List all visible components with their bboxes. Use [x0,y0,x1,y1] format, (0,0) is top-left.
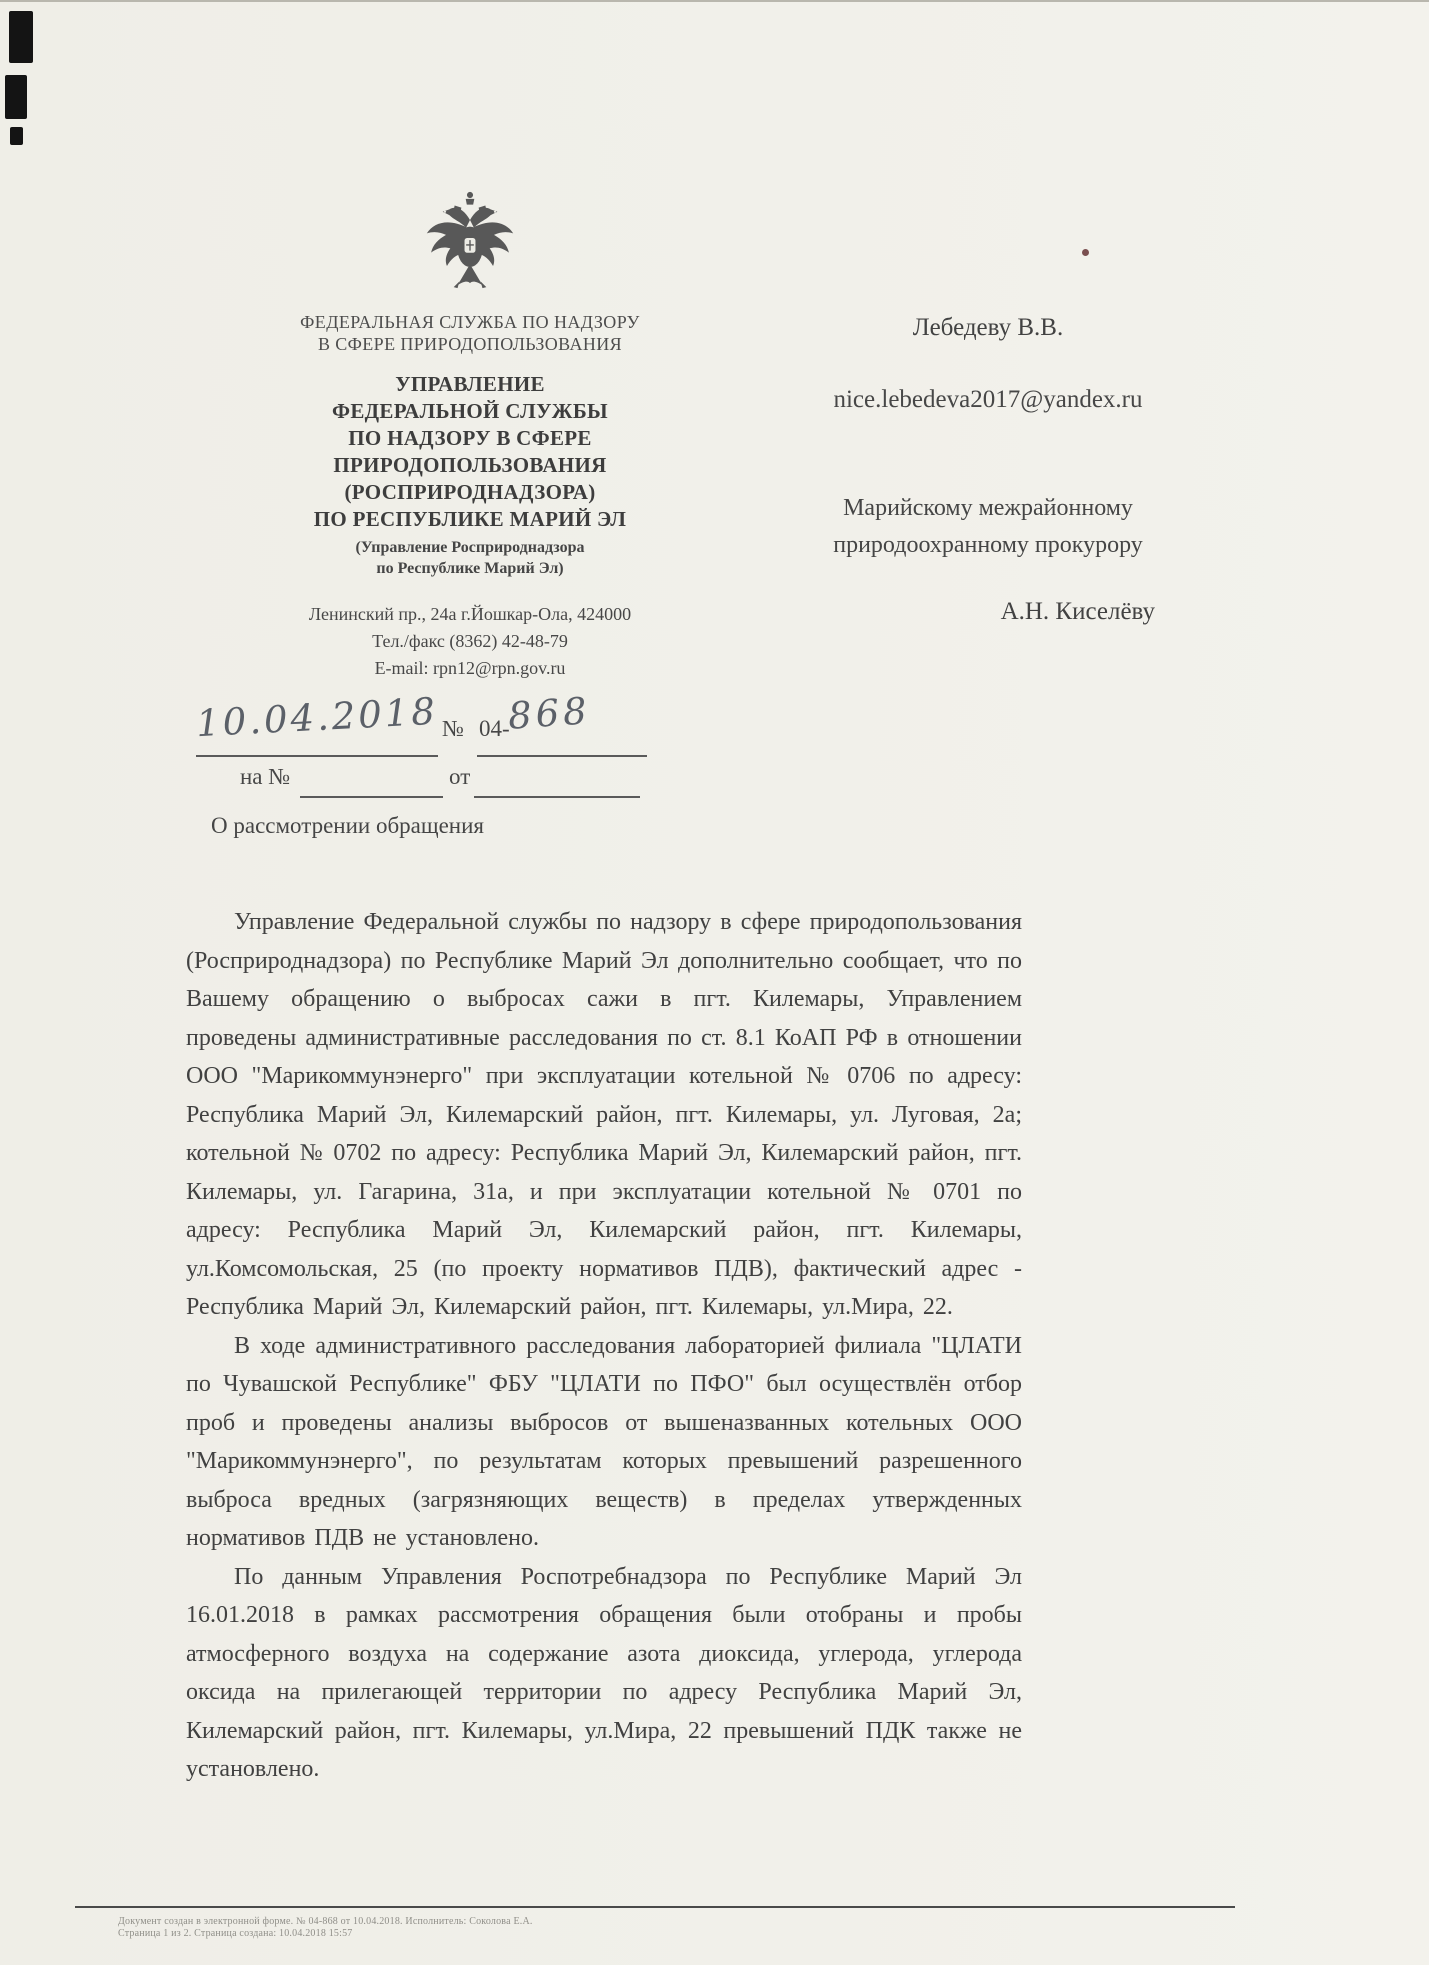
department-short-name: (Управление Росприроднадзора по Республи… [236,537,704,579]
reply-to-label: на № [240,764,290,790]
org-name-line: ПРИРОДОПОЛЬЗОВАНИЯ [236,452,704,479]
recipient-org-line: природоохранному прокурору [793,527,1183,564]
scanned-letter-page: ФЕДЕРАЛЬНАЯ СЛУЖБА ПО НАДЗОРУ В СФЕРЕ ПР… [0,0,1429,1965]
contact-block: Ленинский пр., 24а г.Йошкар-Ола, 424000 … [236,601,704,682]
letterhead: ФЕДЕРАЛЬНАЯ СЛУЖБА ПО НАДЗОРУ В СФЕРЕ ПР… [236,188,704,682]
recipient-organization: Марийскому межрайонному природоохранному… [793,490,1183,564]
scan-artifact [5,75,27,119]
department-name: УПРАВЛЕНИЕ ФЕДЕРАЛЬНОЙ СЛУЖБЫ ПО НАДЗОРУ… [236,371,704,533]
handwritten-number: 868 [507,689,592,738]
prosecutor-name: А.Н. Киселёву [793,598,1183,626]
date-underline [196,755,438,757]
body-paragraph: В ходе административного расследования л… [186,1327,1022,1558]
org-name-line: ПО РЕСПУБЛИКЕ МАРИЙ ЭЛ [236,506,704,533]
coat-of-arms-icon [422,188,518,303]
footer-page-info: Страница 1 из 2. Страница создана: 10.04… [118,1928,353,1940]
recipient-email: nice.lebedeva2017@yandex.ru [793,386,1183,414]
handwritten-date: 10.04.2018 [195,690,439,746]
subject-line: О рассмотрении обращения [211,813,484,839]
org-top-line: В СФЕРЕ ПРИРОДОПОЛЬЗОВАНИЯ [236,333,704,355]
org-name-line: УПРАВЛЕНИЕ [236,371,704,398]
scan-edge-line [0,0,1429,2]
org-top-line: ФЕДЕРАЛЬНАЯ СЛУЖБА ПО НАДЗОРУ [236,311,704,333]
number-prefix: 04- [479,716,510,742]
footer-edocument-info: Документ создан в электронной форме. № 0… [118,1916,533,1928]
number-underline [477,755,647,757]
reply-from-label: от [449,764,470,790]
reply-number-underline [300,796,443,798]
scan-speck [1082,249,1089,256]
scan-artifact [9,11,33,63]
footer-divider [75,1906,1235,1908]
email-address: E-mail: rpn12@rpn.gov.ru [236,655,704,682]
number-sign: № [442,716,464,742]
scan-artifact [10,127,23,145]
federal-service-name: ФЕДЕРАЛЬНАЯ СЛУЖБА ПО НАДЗОРУ В СФЕРЕ ПР… [236,311,704,355]
org-short-line: по Республике Марий Эл) [236,558,704,579]
recipient-name: Лебедеву В.В. [793,314,1183,342]
org-name-line: (РОСПРИРОДНАДЗОРА) [236,479,704,506]
recipient-org-line: Марийскому межрайонному [793,490,1183,527]
org-short-line: (Управление Росприроднадзора [236,537,704,558]
body-paragraph: По данным Управления Роспотребнадзора по… [186,1558,1022,1789]
body-paragraph: Управление Федеральной службы по надзору… [186,903,1022,1327]
org-name-line: ПО НАДЗОРУ В СФЕРЕ [236,425,704,452]
letter-body: Управление Федеральной службы по надзору… [186,903,1022,1789]
reply-date-underline [474,796,640,798]
org-name-line: ФЕДЕРАЛЬНОЙ СЛУЖБЫ [236,398,704,425]
phone-fax: Тел./факс (8362) 42-48-79 [236,628,704,655]
postal-address: Ленинский пр., 24а г.Йошкар-Ола, 424000 [236,601,704,628]
